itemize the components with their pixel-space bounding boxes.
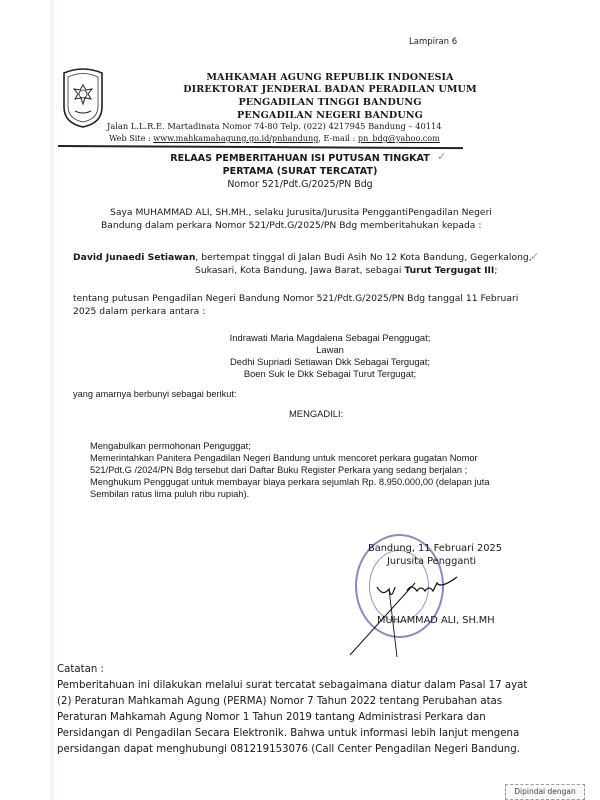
amar-intro: yang amarnya berbunyi sebagai berikut: xyxy=(73,389,236,399)
letterhead-line-4: PENGADILAN NEGERI BANDUNG xyxy=(60,110,600,121)
notes-heading: Catatan : xyxy=(57,664,104,675)
ruling-item: Memerintahkan Panitera Pengadilan Negeri… xyxy=(90,453,478,463)
letterhead-divider xyxy=(58,145,463,149)
letterhead-line-2: DIREKTORAT JENDERAL BADAN PERADILAN UMUM xyxy=(60,84,600,95)
email-address: pn_bdg@yahoo.com xyxy=(358,133,440,143)
notes-line: Peraturan Mahkamah Agung Nomor 1 Tahun 2… xyxy=(57,712,486,723)
decision-line-2: 2025 dalam perkara antara : xyxy=(73,306,205,317)
party-versus: Lawan xyxy=(150,344,510,355)
letterhead-line-1: MAHKAMAH AGUNG REPUBLIK INDONESIA xyxy=(60,72,600,83)
mengadili-heading: MENGADILI: xyxy=(289,408,343,419)
notes-line: Persidangan di Pengadilan Secara Elektro… xyxy=(57,728,519,739)
document-title-line-2: PERTAMA (SURAT TERCATAT) xyxy=(60,166,540,177)
ruling-item: Menghukum Penggugat untuk membayar biaya… xyxy=(90,477,490,487)
check-mark-icon: ✓ xyxy=(437,150,446,163)
notes-line: persidangan dapat menghubungi 0812191530… xyxy=(57,744,520,755)
recipient-suffix: ; xyxy=(494,265,497,276)
signature-place-date: Bandung, 11 Februari 2025 xyxy=(368,543,502,554)
letterhead-address: Jalan L.L.R.E. Martadinata Nomor 74-80 T… xyxy=(107,121,442,131)
ruling-item: 521/Pdt.G /2024/PN Bdg tersebut dari Daf… xyxy=(90,465,467,475)
party-plaintiff: Indrawati Maria Magdalena Sebagai Penggu… xyxy=(150,332,510,343)
ruling-item: Mengabulkan permohonan Penguggat; xyxy=(90,441,251,451)
letterhead-contact: Web Site : www.mahkamahagung.go.id/pnban… xyxy=(109,133,440,143)
decision-line-1: tentang putusan Pengadilan Negeri Bandun… xyxy=(73,293,518,304)
check-mark-icon: ✓ xyxy=(530,250,539,263)
recipient-address-1: , bertempat tinggal di Jalan Budi Asih N… xyxy=(195,252,531,263)
signatory-name: MUHAMMAD ALI, SH.MH xyxy=(377,615,495,626)
web-url: www.mahkamahagung.go.id/pnbandung xyxy=(153,133,318,143)
recipient-role: Turut Tergugat III xyxy=(404,265,494,276)
recipient-line-1: David Junaedi Setiawan, bertempat tingga… xyxy=(73,252,532,263)
annex-label: Lampiran 6 xyxy=(409,37,457,47)
signature-position: Jurusita Pengganti xyxy=(387,556,476,567)
recipient-name: David Junaedi Setiawan xyxy=(73,252,195,263)
document-title-line-1: RELAAS PEMBERITAHUAN ISI PUTUSAN TINGKAT xyxy=(60,153,540,164)
recipient-line-2: Sukasari, Kota Bandung, Jawa Barat, seba… xyxy=(195,265,497,276)
intro-line-1: Saya MUHAMMAD ALI, SH.MH., selaku Jurusi… xyxy=(110,207,492,218)
recipient-address-2: Sukasari, Kota Bandung, Jawa Barat, seba… xyxy=(195,265,404,276)
scanner-badge: Dipindai dengan xyxy=(505,784,585,800)
notes-line: Pemberitahuan ini dilakukan melalui sura… xyxy=(57,680,527,691)
party-co-defendant: Boen Suk Ie Dkk Sebagai Turut Tergugat; xyxy=(150,368,510,379)
email-label: , E-mail : xyxy=(318,133,358,143)
intro-line-2: Bandung dalam perkara Nomor 521/Pdt.G/20… xyxy=(101,220,481,231)
ruling-item: Sembilan ratus lima puluh ribu rupiah). xyxy=(90,489,249,499)
party-defendant: Dedhi Supriadi Setiawan Dkk Sebagai Terg… xyxy=(150,356,510,367)
letterhead-line-3: PENGADILAN TINGGI BANDUNG xyxy=(60,97,600,108)
notes-line: (2) Peraturan Mahkamah Agung (PERMA) Nom… xyxy=(57,696,502,707)
case-number: Nomor 521/Pdt.G/2025/PN Bdg xyxy=(60,179,540,190)
web-label: Web Site : xyxy=(109,133,153,143)
